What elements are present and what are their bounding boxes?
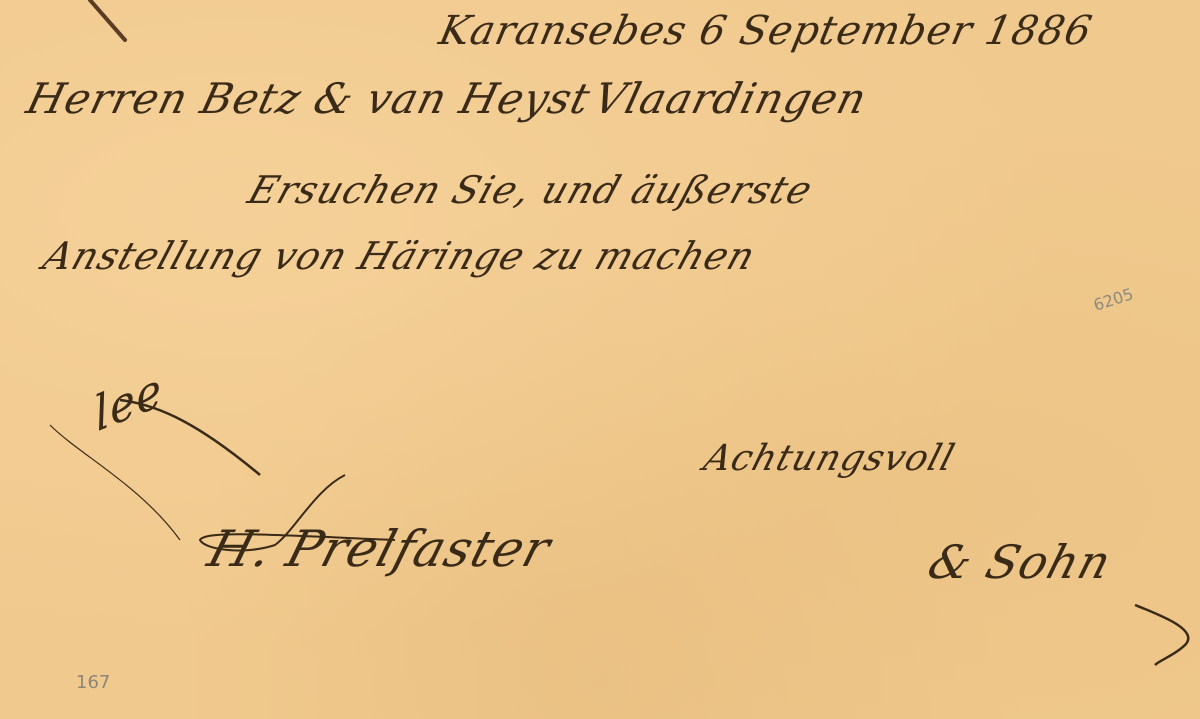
recipient-name: Herren Betz & van Heyst: [22, 74, 596, 123]
closing: Achtungsvoll: [699, 438, 960, 479]
dateline: Karansebes 6 September 1886: [435, 8, 1096, 54]
signature-tail-stroke: [1130, 600, 1200, 670]
body-line-1: Ersuchen Sie, und äußerste: [243, 168, 819, 212]
signature-name: H. Prelfaster: [202, 520, 558, 578]
recipient-place: Vlaardingen: [589, 74, 872, 123]
postcard: Karansebes 6 September 1886 Herren Betz …: [0, 0, 1200, 719]
pencil-reference-number: 167: [76, 672, 110, 693]
signature-suffix: & Sohn: [922, 535, 1118, 589]
archive-number: 6205: [1091, 284, 1136, 315]
pen-stroke-decoration: [85, 0, 135, 45]
body-line-2: Anstellung von Häringe zu machen: [38, 234, 761, 278]
